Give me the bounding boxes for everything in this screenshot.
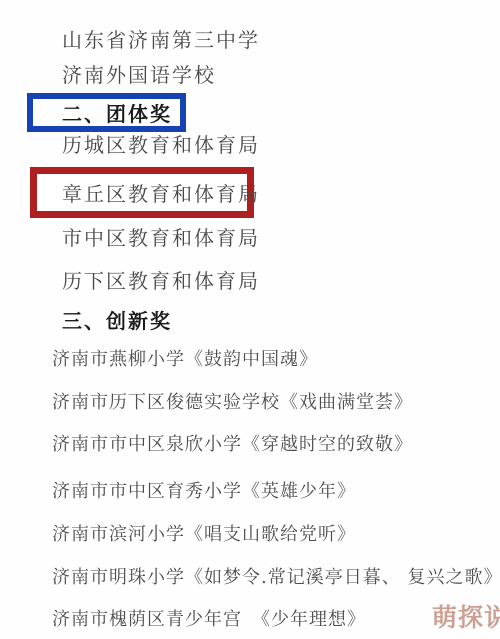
team-award-item-2-highlighted: 章丘区教育和体育局 <box>62 178 260 207</box>
red-highlight-box: 章丘区教育和体育局 <box>30 167 254 218</box>
section-heading-team-award: 二、团体奖 <box>62 98 172 127</box>
innovation-award-item-2: 济南市历下区俊德实验学校《戏曲满堂荟》 <box>52 391 413 415</box>
innovation-award-item-7: 济南市槐荫区青少年宫 《少年理想》 <box>52 608 366 632</box>
blue-highlight-box: 二、团体奖 <box>27 93 186 132</box>
innovation-award-item-5: 济南市滨河小学《唱支山歌给党听》 <box>52 523 356 547</box>
school-line-1: 山东省济南第三中学 <box>62 27 260 53</box>
innovation-award-item-4: 济南市市中区育秀小学《英雄少年》 <box>52 480 356 504</box>
team-award-item-1: 历城区教育和体育局 <box>62 132 260 158</box>
team-award-item-3: 市中区教育和体育局 <box>62 225 260 251</box>
innovation-award-item-3: 济南市市中区泉欣小学《穿越时空的致敬》 <box>52 433 413 457</box>
team-award-item-4: 历下区教育和体育局 <box>62 268 260 294</box>
document-page: 山东省济南第三中学 济南外国语学校 二、团体奖 历城区教育和体育局 章丘区教育和… <box>0 0 500 639</box>
innovation-award-item-6: 济南市明珠小学《如梦令.常记溪亭日暮、 复兴之歌》 <box>52 566 500 590</box>
watermark-logo: 萌探说 <box>432 604 500 632</box>
section-heading-innovation-award: 三、创新奖 <box>62 305 172 334</box>
innovation-award-item-1: 济南市燕柳小学《鼓韵中国魂》 <box>52 348 318 372</box>
school-line-2: 济南外国语学校 <box>62 62 216 88</box>
